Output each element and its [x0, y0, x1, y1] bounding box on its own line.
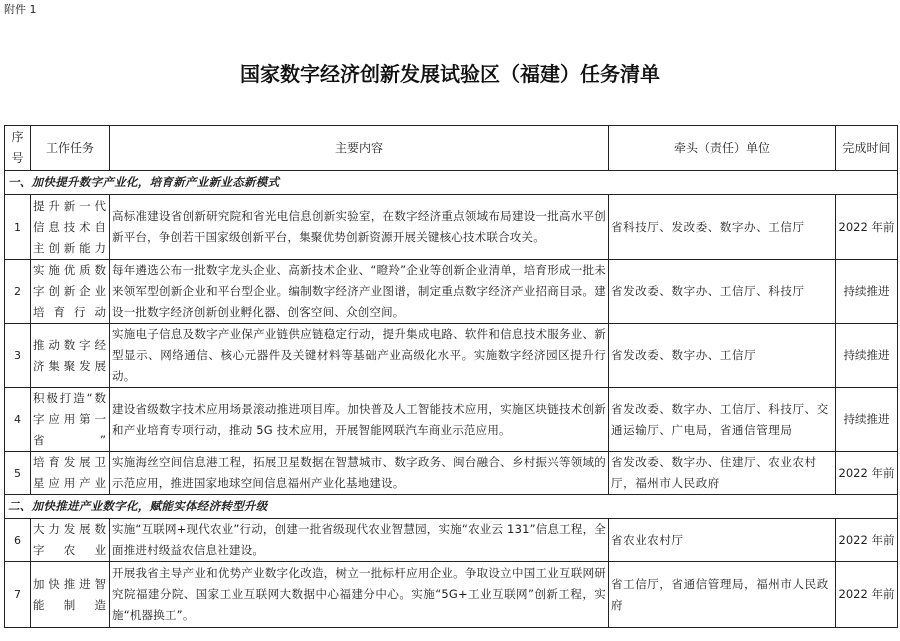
- row-lead-unit: 省农业农村厅: [609, 519, 836, 562]
- row-lead-unit: 省科技厅、发改委、数字办、工信厅: [609, 195, 836, 260]
- row-lead-unit: 省发改委、数字办、工信厅、科技厅、交通运输厅、广电局，省通信管理局: [609, 388, 836, 452]
- header-lead-unit: 牵头（责任）单位: [609, 126, 836, 171]
- header-deadline: 完成时间: [836, 126, 898, 171]
- row-task: 提升新一代信息技术自主创新能力: [31, 195, 110, 260]
- row-lead-unit: 省发改委、数字办、工信厅: [609, 324, 836, 388]
- row-no: 6: [5, 519, 31, 562]
- row-deadline: 2022 年前: [836, 452, 898, 495]
- header-content: 主要内容: [110, 126, 609, 171]
- row-deadline: 2022 年前: [836, 195, 898, 260]
- row-content: 开展我省主导产业和优势产业数字化改造，树立一批标杆应用企业。争取设立中国工业互联…: [110, 562, 609, 628]
- task-list-table: 序号 工作任务 主要内容 牵头（责任）单位 完成时间 一、加快提升数字产业化，培…: [4, 125, 898, 628]
- document-title: 国家数字经济创新发展试验区（福建）任务清单: [0, 60, 900, 88]
- row-content: 每年遴选公布一批数字龙头企业、高新技术企业、“瞪羚”企业等创新企业清单，培育形成…: [110, 260, 609, 324]
- row-no: 2: [5, 260, 31, 324]
- row-task: 积极打造“数字应用第一省”: [31, 388, 110, 452]
- table-row: 5 培育发展卫星应用产业 实施海丝空间信息港工程，拓展卫星数据在智慧城市、数字政…: [5, 452, 898, 495]
- row-no: 7: [5, 562, 31, 628]
- row-no: 1: [5, 195, 31, 260]
- table-row: 6 大力发展数字农业 实施“互联网+现代农业”行动，创建一批省级现代农业智慧园，…: [5, 519, 898, 562]
- header-no: 序号: [5, 126, 31, 171]
- row-deadline: 持续推进: [836, 260, 898, 324]
- row-task: 大力发展数字农业: [31, 519, 110, 562]
- row-content: 建设省级数字技术应用场景滚动推进项目库。加快普及人工智能技术应用，实施区块链技术…: [110, 388, 609, 452]
- row-no: 3: [5, 324, 31, 388]
- row-task: 实施优质数字创新企业培育行动: [31, 260, 110, 324]
- table-row: 3 推动数字经济集聚发展 实施电子信息及数字产业保产业链供应链稳定行动，提升集成…: [5, 324, 898, 388]
- row-lead-unit: 省发改委、数字办、住建厅、农业农村厅，福州市人民政府: [609, 452, 836, 495]
- row-deadline: 持续推进: [836, 324, 898, 388]
- row-no: 4: [5, 388, 31, 452]
- table-row: 4 积极打造“数字应用第一省” 建设省级数字技术应用场景滚动推进项目库。加快普及…: [5, 388, 898, 452]
- section-row: 二、加快推进产业数字化，赋能实体经济转型升级: [5, 495, 898, 519]
- section-title: 一、加快提升数字产业化，培育新产业新业态新模式: [5, 171, 898, 195]
- section-row: 一、加快提升数字产业化，培育新产业新业态新模式: [5, 171, 898, 195]
- row-deadline: 2022 年前: [836, 562, 898, 628]
- row-deadline: 2022 年前: [836, 519, 898, 562]
- row-task: 培育发展卫星应用产业: [31, 452, 110, 495]
- table-row: 1 提升新一代信息技术自主创新能力 高标准建设省创新研究院和省光电信息创新实验室…: [5, 195, 898, 260]
- row-task: 加快推进智能制造: [31, 562, 110, 628]
- header-task: 工作任务: [31, 126, 110, 171]
- table-row: 7 加快推进智能制造 开展我省主导产业和优势产业数字化改造，树立一批标杆应用企业…: [5, 562, 898, 628]
- row-task: 推动数字经济集聚发展: [31, 324, 110, 388]
- row-content: 实施海丝空间信息港工程，拓展卫星数据在智慧城市、数字政务、闽台融合、乡村振兴等领…: [110, 452, 609, 495]
- row-lead-unit: 省工信厅，省通信管理局，福州市人民政府: [609, 562, 836, 628]
- row-lead-unit: 省发改委、数字办、工信厅、科技厅: [609, 260, 836, 324]
- attachment-label: 附件 1: [4, 3, 37, 17]
- section-title: 二、加快推进产业数字化，赋能实体经济转型升级: [5, 495, 898, 519]
- table-header-row: 序号 工作任务 主要内容 牵头（责任）单位 完成时间: [5, 126, 898, 171]
- row-no: 5: [5, 452, 31, 495]
- row-deadline: 持续推进: [836, 388, 898, 452]
- table-row: 2 实施优质数字创新企业培育行动 每年遴选公布一批数字龙头企业、高新技术企业、“…: [5, 260, 898, 324]
- row-content: 实施电子信息及数字产业保产业链供应链稳定行动，提升集成电路、软件和信息技术服务业…: [110, 324, 609, 388]
- row-content: 实施“互联网+现代农业”行动，创建一批省级现代农业智慧园，实施“农业云 131”…: [110, 519, 609, 562]
- row-content: 高标准建设省创新研究院和省光电信息创新实验室，在数字经济重点领域布局建设一批高水…: [110, 195, 609, 260]
